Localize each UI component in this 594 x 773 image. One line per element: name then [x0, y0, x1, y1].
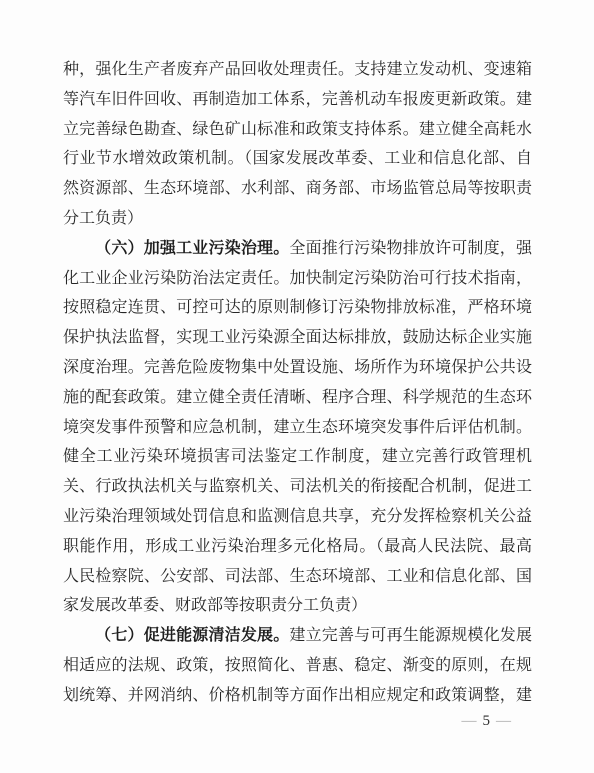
text-line: 等汽车旧件回收、再制造加工体系，完善机动车报废更新政策。建 [63, 85, 532, 115]
text-line: 职能作用，形成工业污染治理多元化格局。（最高人民法院、最高 [63, 532, 532, 562]
text-line: 境突发事件预警和应急机制，建立生态环境突发事件后评估机制。 [63, 413, 532, 443]
section-7-heading: （七）促进能源清洁发展。 [95, 627, 289, 644]
text-line: （七）促进能源清洁发展。建立完善与可再生能源规模化发展 [63, 621, 532, 651]
document-body: 种，强化生产者废弃产品回收处理责任。支持建立发动机、变速箱 等汽车旧件回收、再制… [63, 55, 532, 711]
text-line: 家发展改革委、财政部等按职责分工负责） [63, 591, 532, 621]
text-line: 行业节水增效政策机制。（国家发展改革委、工业和信息化部、自 [63, 144, 532, 174]
text-line: 人民检察院、公安部、司法部、生态环境部、工业和信息化部、国 [63, 562, 532, 592]
text-line: 化工业企业污染防治法定责任。加快制定污染防治可行技术指南， [63, 264, 532, 294]
line-text: 全面推行污染物排放许可制度，强 [289, 240, 532, 257]
section-6-heading: （六）加强工业污染治理。 [95, 240, 289, 257]
document-page: 种，强化生产者废弃产品回收处理责任。支持建立发动机、变速箱 等汽车旧件回收、再制… [0, 0, 594, 773]
page-number: —5— [0, 712, 531, 730]
text-line: 关、行政执法机关与监察机关、司法机关的衔接配合机制，促进工 [63, 472, 532, 502]
page-number-value: 5 [483, 713, 491, 729]
text-line: 然资源部、生态环境部、水利部、商务部、市场监管总局等按职责 [63, 174, 532, 204]
text-line: 业污染治理领域处罚信息和监测信息共享，充分发挥检察机关公益 [63, 502, 532, 532]
text-line: 分工负责） [63, 204, 532, 234]
text-line: 划统筹、并网消纳、价格机制等方面作出相应规定和政策调整，建 [63, 681, 532, 711]
text-line: 保护执法监督，实现工业污染源全面达标排放，鼓励达标企业实施 [63, 323, 532, 353]
text-line: 施的配套政策。建立健全责任清晰、程序合理、科学规范的生态环 [63, 383, 532, 413]
text-line: 相适应的法规、政策，按照简化、普惠、稳定、渐变的原则，在规 [63, 651, 532, 681]
text-line: （六）加强工业污染治理。全面推行污染物排放许可制度，强 [63, 234, 532, 264]
text-line: 立完善绿色勘查、绿色矿山标准和政策支持体系。建立健全高耗水 [63, 115, 532, 145]
line-text: 建立完善与可再生能源规模化发展 [289, 627, 532, 644]
text-line: 健全工业污染环境损害司法鉴定工作制度，建立完善行政管理机 [63, 442, 532, 472]
page-number-dash-right: — [496, 713, 511, 729]
text-line: 按照稳定连贯、可控可达的原则制修订污染物排放标准，严格环境 [63, 293, 532, 323]
page-number-dash-left: — [462, 713, 477, 729]
text-line: 种，强化生产者废弃产品回收处理责任。支持建立发动机、变速箱 [63, 55, 532, 85]
text-line: 深度治理。完善危险废物集中处置设施、场所作为环境保护公共设 [63, 353, 532, 383]
